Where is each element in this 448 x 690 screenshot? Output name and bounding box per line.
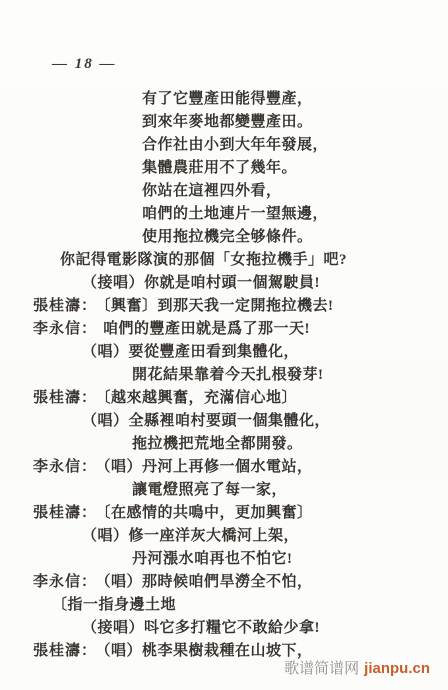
script-line: 開花結果靠着今天扎根發芽! xyxy=(0,364,448,387)
script-line-speaker: 李永信：（唱）那時候咱們旱澇全不怕， xyxy=(0,571,448,594)
speaker-name: 張桂濤： xyxy=(33,298,97,314)
script-line-speaker: 張桂濤：〔興奮〕到那天我一定開拖拉機去! xyxy=(0,295,448,318)
scanned-script-page: — 18 — 有了它豐產田能得豐產，到來年麥地都變豐產田。合作社由小到大年年發展… xyxy=(0,0,448,690)
speaker-name: 李永信： xyxy=(33,574,97,590)
speaker-name: 李永信： xyxy=(33,459,97,475)
speaker-name: 張桂濤： xyxy=(33,505,97,521)
script-body: 有了它豐產田能得豐產，到來年麥地都變豐產田。合作社由小到大年年發展，集體農莊用不… xyxy=(0,88,448,663)
script-line: （唱）要從豐產田看到集體化， xyxy=(0,341,448,364)
script-line: 拖拉機把荒地全都開發。 xyxy=(0,433,448,456)
speech-text: （唱）桃李果樹栽種在山坡下， xyxy=(103,643,313,659)
script-line: 有了它豐產田能得豐產， xyxy=(0,88,448,111)
script-line: （接唱）你就是咱村頭一個駕駛員! xyxy=(0,272,448,295)
speaker-name: 李永信： xyxy=(33,321,97,337)
script-line: 〔指一指身邊土地 xyxy=(0,594,448,617)
script-line: 到來年麥地都變豐產田。 xyxy=(0,111,448,134)
script-line: 你站在這裡四外看， xyxy=(0,180,448,203)
watermark: 歌谱简谱网jianpu.cn xyxy=(284,657,430,678)
speaker-name: 張桂濤： xyxy=(33,390,97,406)
script-line-speaker: 張桂濤：〔越來越興奮，充滿信心地〕 xyxy=(0,387,448,410)
speech-text: 咱們的豐產田就是爲了那一天! xyxy=(103,321,310,337)
script-line: 你記得電影隊演的那個「女拖拉機手」吧? xyxy=(0,249,448,272)
script-line: （接唱）呌它多打糧它不敢給少拿! xyxy=(0,617,448,640)
speech-text: 〔越來越興奮，充滿信心地〕 xyxy=(103,390,297,406)
script-line: 集體農莊用不了幾年。 xyxy=(0,157,448,180)
script-line: （唱）全縣裡咱村要頭一個集體化， xyxy=(0,410,448,433)
script-line: 合作社由小到大年年發展， xyxy=(0,134,448,157)
script-line: （唱）修一座洋灰大橋河上架， xyxy=(0,525,448,548)
watermark-site-name: 歌谱简谱网 xyxy=(284,660,359,677)
script-line: 丹河漲水咱再也不怕它! xyxy=(0,548,448,571)
script-line: 讓電燈照亮了每一家， xyxy=(0,479,448,502)
speaker-name: 張桂濤： xyxy=(33,643,97,659)
script-line-speaker: 李永信：咱們的豐產田就是爲了那一天! xyxy=(0,318,448,341)
speech-text: （唱）那時候咱們旱澇全不怕， xyxy=(103,574,313,590)
script-line-speaker: 李永信：（唱）丹河上再修一個水電站， xyxy=(0,456,448,479)
script-line: 使用拖拉機完全够條件。 xyxy=(0,226,448,249)
speech-text: 〔在感情的共鳴中，更加興奮〕 xyxy=(103,505,313,521)
page-number: — 18 — xyxy=(52,56,117,73)
watermark-url: jianpu.cn xyxy=(364,660,430,677)
speech-text: 〔興奮〕到那天我一定開拖拉機去! xyxy=(103,298,334,314)
speech-text: （唱）丹河上再修一個水電站， xyxy=(103,459,313,475)
script-line: 咱們的土地連片一望無邊， xyxy=(0,203,448,226)
script-line-speaker: 張桂濤：〔在感情的共鳴中，更加興奮〕 xyxy=(0,502,448,525)
